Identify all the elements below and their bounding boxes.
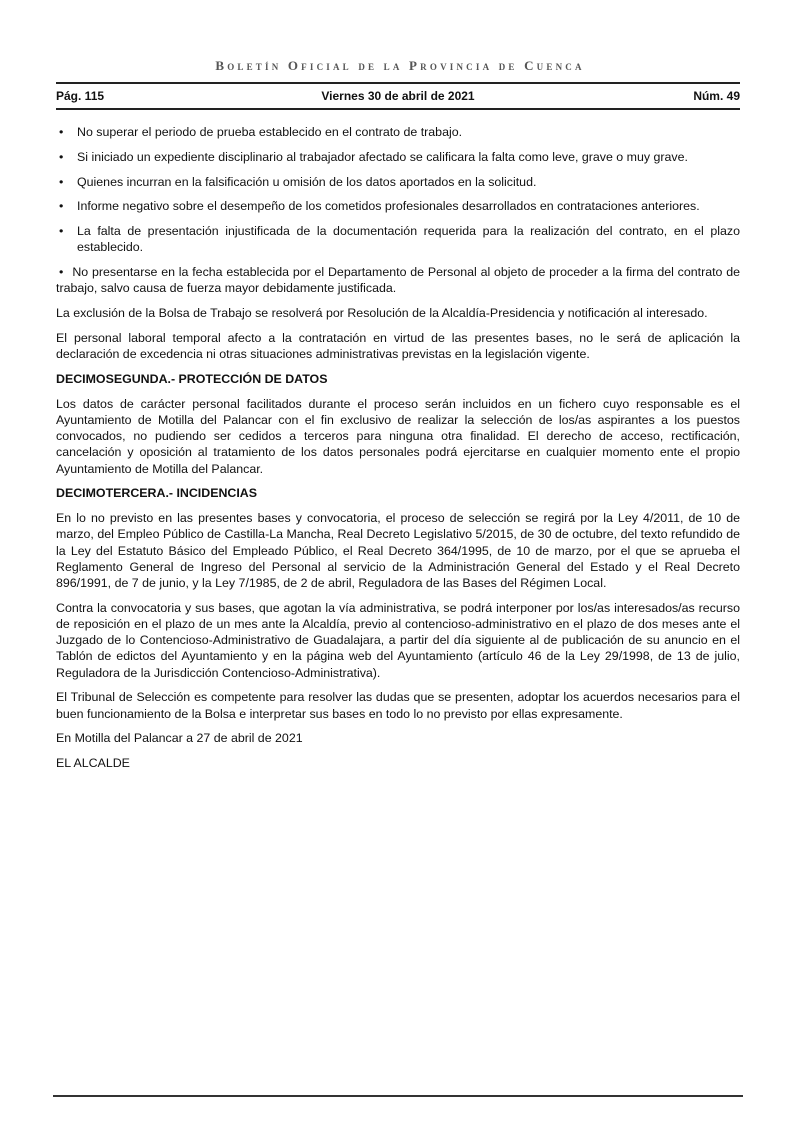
- bullet-item: •No superar el periodo de prueba estable…: [56, 124, 740, 140]
- incidences-paragraph: En lo no previsto en las presentes bases…: [56, 510, 740, 591]
- bullet-item-inline: •No presentarse en la fecha establecida …: [56, 264, 740, 296]
- section-heading-data-protection: DECIMOSEGUNDA.- PROTECCIÓN DE DATOS: [56, 371, 740, 387]
- bullet-icon: •: [59, 149, 63, 165]
- signature: EL ALCALDE: [56, 755, 740, 771]
- tribunal-paragraph: El Tribunal de Selección es competente p…: [56, 689, 740, 721]
- header-bottom-rule: [56, 108, 740, 110]
- bullet-icon: •: [59, 223, 63, 239]
- place-date: En Motilla del Palancar a 27 de abril de…: [56, 730, 740, 746]
- page-header: Pág. 115 Viernes 30 de abril de 2021 Núm…: [56, 89, 740, 105]
- bullet-icon: •: [59, 198, 63, 214]
- excedencia-paragraph: El personal laboral temporal afecto a la…: [56, 330, 740, 362]
- header-top-rule: [56, 82, 740, 84]
- bullet-icon: •: [59, 265, 63, 279]
- appeal-paragraph: Contra la convocatoria y sus bases, que …: [56, 600, 740, 681]
- bullet-item: •La falta de presentación injustificada …: [56, 223, 740, 255]
- bullet-icon: •: [59, 174, 63, 190]
- document-body: •No superar el periodo de prueba estable…: [56, 124, 740, 780]
- exclusion-paragraph: La exclusión de la Bolsa de Trabajo se r…: [56, 305, 740, 321]
- issue-date: Viernes 30 de abril de 2021: [56, 89, 740, 103]
- masthead-title: Boletín Oficial de la Provincia de Cuenc…: [0, 58, 800, 74]
- footer-rule: [53, 1095, 743, 1097]
- issue-number: Núm. 49: [693, 89, 740, 103]
- bullet-item: •Informe negativo sobre el desempeño de …: [56, 198, 740, 214]
- bullet-icon: •: [59, 124, 63, 140]
- bullet-item: •Si iniciado un expediente disciplinario…: [56, 149, 740, 165]
- data-protection-paragraph: Los datos de carácter personal facilitad…: [56, 396, 740, 477]
- section-heading-incidences: DECIMOTERCERA.- INCIDENCIAS: [56, 485, 740, 501]
- bullet-item: •Quienes incurran en la falsificación u …: [56, 174, 740, 190]
